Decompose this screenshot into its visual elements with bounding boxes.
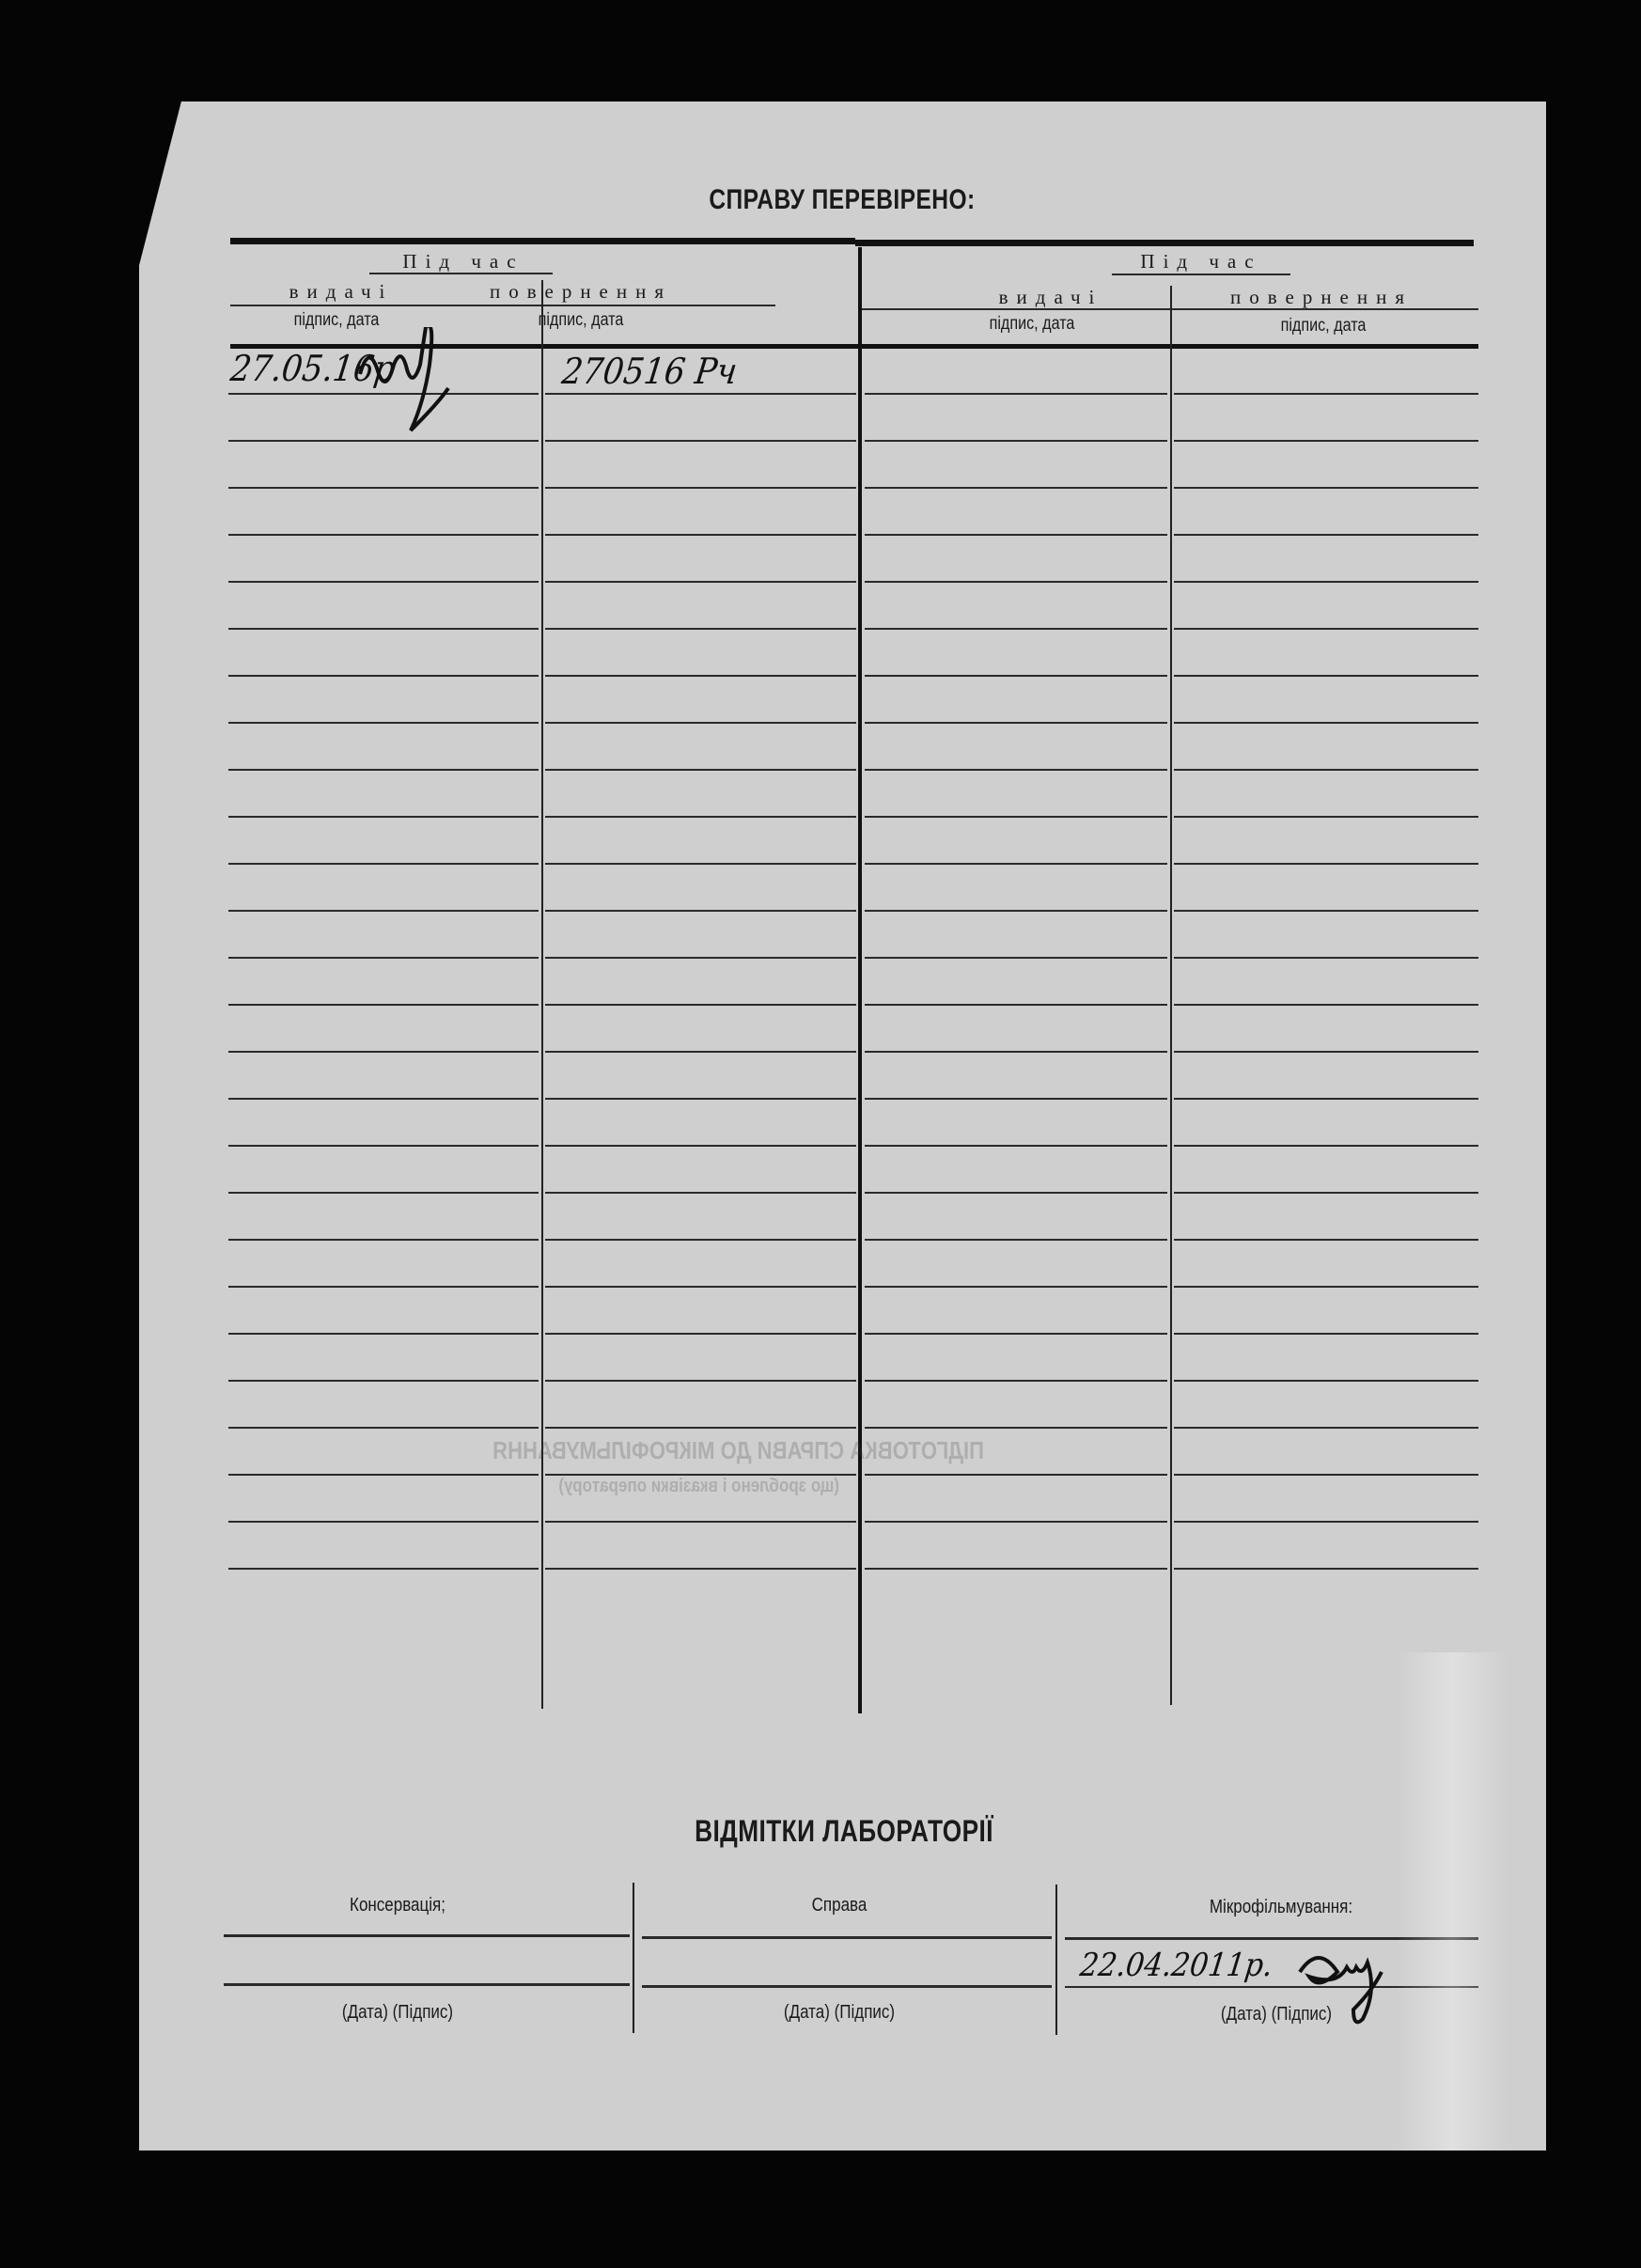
right-subheader-rule <box>858 308 1478 310</box>
ruled-line <box>865 1239 1167 1241</box>
right-group-header: Під час <box>1107 250 1295 274</box>
ruled-line <box>545 722 856 724</box>
ruled-line <box>228 722 539 724</box>
ruled-line <box>865 1145 1167 1147</box>
ruled-line <box>1174 1568 1478 1570</box>
left-subheader-rule <box>230 305 775 306</box>
left-sub-return: підпис, дата <box>501 310 661 331</box>
ruled-line <box>228 1004 539 1006</box>
ruled-line <box>228 487 539 489</box>
ruled-line <box>1174 1333 1478 1335</box>
ruled-line <box>865 957 1167 959</box>
left-col-return-label: повернення <box>463 280 698 304</box>
lab-conservation-line-2 <box>224 1983 630 1986</box>
ruled-line <box>1174 487 1478 489</box>
ruled-line <box>228 1239 539 1241</box>
left-group-header: Під час <box>369 250 557 274</box>
ruled-line <box>865 1380 1167 1382</box>
lab-microfilming-line-1 <box>1065 1937 1478 1940</box>
ruled-line <box>1174 1051 1478 1053</box>
ruled-line <box>545 534 856 536</box>
ruled-line <box>545 1380 856 1382</box>
ruled-line <box>865 440 1167 442</box>
ruled-line <box>1174 769 1478 771</box>
lab-conservation-label: Консервація; <box>298 1895 498 1916</box>
ruled-line <box>228 910 539 912</box>
ruled-line <box>865 1004 1167 1006</box>
ruled-line <box>1174 910 1478 912</box>
ruled-line <box>1174 628 1478 630</box>
right-col-return-label: повернення <box>1171 286 1472 309</box>
lab-conservation-footer: (Дата) (Підпис) <box>298 2002 498 2024</box>
ruled-line <box>545 581 856 583</box>
right-sub-return: підпис, дата <box>1243 316 1403 336</box>
ruled-line <box>865 816 1167 818</box>
ruled-line <box>545 816 856 818</box>
ruled-line <box>1174 393 1478 395</box>
ruled-line <box>228 1521 539 1523</box>
lab-case-label: Справа <box>740 1895 940 1916</box>
ruled-line <box>545 440 856 442</box>
ruled-line <box>1174 1239 1478 1241</box>
ruled-line <box>228 675 539 677</box>
ruled-line <box>865 1521 1167 1523</box>
ruled-line <box>545 957 856 959</box>
ruled-line <box>1174 1427 1478 1429</box>
ruled-line <box>865 863 1167 865</box>
ruled-line <box>545 1004 856 1006</box>
ruled-line <box>545 1145 856 1147</box>
ruled-line <box>545 1286 856 1288</box>
ruled-line <box>228 534 539 536</box>
ruled-line <box>1174 534 1478 536</box>
ruled-line <box>228 628 539 630</box>
ruled-line <box>865 487 1167 489</box>
bleed-through-heading: ПІДГОТОВКА СПРАВИ ДО МІКРОФІЛЬМУВАННЯ <box>492 1436 984 1465</box>
lab-microfilming-line-2 <box>1065 1986 1478 1988</box>
ruled-line <box>865 1427 1167 1429</box>
ruled-line <box>545 1427 856 1429</box>
ruled-line <box>228 1286 539 1288</box>
ruled-line <box>1174 1098 1478 1100</box>
ruled-line <box>545 1333 856 1335</box>
ruled-line <box>1174 581 1478 583</box>
ruled-line <box>865 1474 1167 1476</box>
lab-divider-1 <box>633 1883 634 2033</box>
left-col-issue-label: видачі <box>233 280 449 304</box>
ruled-line <box>1174 863 1478 865</box>
document-title: СПРАВУ ПЕРЕВІРЕНО: <box>688 184 996 216</box>
document-page: СПРАВУ ПЕРЕВІРЕНО: Під час видачі поверн… <box>139 102 1546 2151</box>
ruled-line <box>865 1051 1167 1053</box>
ruled-line <box>1174 1380 1478 1382</box>
ruled-line <box>228 863 539 865</box>
ruled-line <box>1174 1474 1478 1476</box>
ruled-line <box>228 1192 539 1194</box>
ruled-line <box>1174 675 1478 677</box>
ruled-line <box>545 1051 856 1053</box>
lab-conservation-line-1 <box>224 1934 630 1937</box>
top-rule-right <box>855 240 1474 246</box>
ruled-line <box>545 863 856 865</box>
ruled-line <box>865 393 1167 395</box>
top-rule-left <box>230 238 855 244</box>
bleed-through-subheading: (що зроблено і вказівки оператору) <box>558 1476 839 1497</box>
ruled-line <box>1174 440 1478 442</box>
ruled-line <box>1174 1004 1478 1006</box>
lab-case-footer: (Дата) (Підпис) <box>740 2002 940 2024</box>
ruled-line <box>865 534 1167 536</box>
right-col-issue-label: видачі <box>947 286 1154 309</box>
entry-return-handwriting: 270516 Рч <box>560 351 740 392</box>
ruled-line <box>228 1098 539 1100</box>
ruled-line <box>865 1333 1167 1335</box>
ruled-line <box>865 675 1167 677</box>
ruled-line <box>1174 1192 1478 1194</box>
right-sub-issue: підпис, дата <box>952 314 1112 335</box>
ruled-line <box>1174 1145 1478 1147</box>
ruled-line <box>545 487 856 489</box>
signature-issue <box>351 327 501 440</box>
ruled-line <box>228 440 539 442</box>
ruled-line <box>545 1192 856 1194</box>
ruled-line <box>228 1145 539 1147</box>
ruled-line <box>545 1098 856 1100</box>
ruled-line <box>228 581 539 583</box>
ruled-line <box>865 628 1167 630</box>
ruled-line <box>228 957 539 959</box>
ruled-line <box>1174 957 1478 959</box>
lab-case-line-1 <box>642 1936 1052 1939</box>
right-inner-divider <box>1170 286 1172 1705</box>
lab-divider-2 <box>1055 1885 1057 2035</box>
lab-title: ВІДМІТКИ ЛАБОРАТОРІЇ <box>666 1814 1021 1849</box>
ruled-line <box>228 816 539 818</box>
ruled-line <box>545 628 856 630</box>
left-inner-divider <box>541 280 543 1709</box>
ruled-line <box>865 1286 1167 1288</box>
ruled-line <box>545 393 856 395</box>
ruled-line <box>1174 1521 1478 1523</box>
ruled-line <box>545 910 856 912</box>
ruled-line <box>865 769 1167 771</box>
lab-microfilming-label: Мікрофільмування: <box>1178 1897 1385 1918</box>
left-header-underline <box>369 273 553 274</box>
ruled-line <box>1174 816 1478 818</box>
ruled-line <box>228 1474 539 1476</box>
right-header-underline <box>1112 274 1290 275</box>
ruled-line <box>865 581 1167 583</box>
ruled-line <box>228 1333 539 1335</box>
ruled-line <box>228 1051 539 1053</box>
ruled-line <box>545 1239 856 1241</box>
ruled-line <box>865 1192 1167 1194</box>
ruled-line <box>545 675 856 677</box>
lab-case-line-2 <box>642 1985 1052 1988</box>
lab-microfilming-footer: (Дата) (Підпис) <box>1177 2004 1377 2026</box>
ruled-line <box>1174 1286 1478 1288</box>
ruled-line <box>1174 722 1478 724</box>
ruled-line <box>865 910 1167 912</box>
ruled-line <box>545 1568 856 1570</box>
ruled-line <box>865 1098 1167 1100</box>
lab-microfilming-date-handwriting: 22.04.2011р. <box>1078 1947 1275 1984</box>
ruled-line <box>228 769 539 771</box>
center-divider <box>858 247 862 1713</box>
ruled-line <box>545 1521 856 1523</box>
ruled-line <box>545 769 856 771</box>
ruled-line <box>865 1568 1167 1570</box>
ruled-line <box>865 722 1167 724</box>
ruled-line <box>228 1380 539 1382</box>
ruled-line <box>228 1568 539 1570</box>
ruled-line <box>228 1427 539 1429</box>
